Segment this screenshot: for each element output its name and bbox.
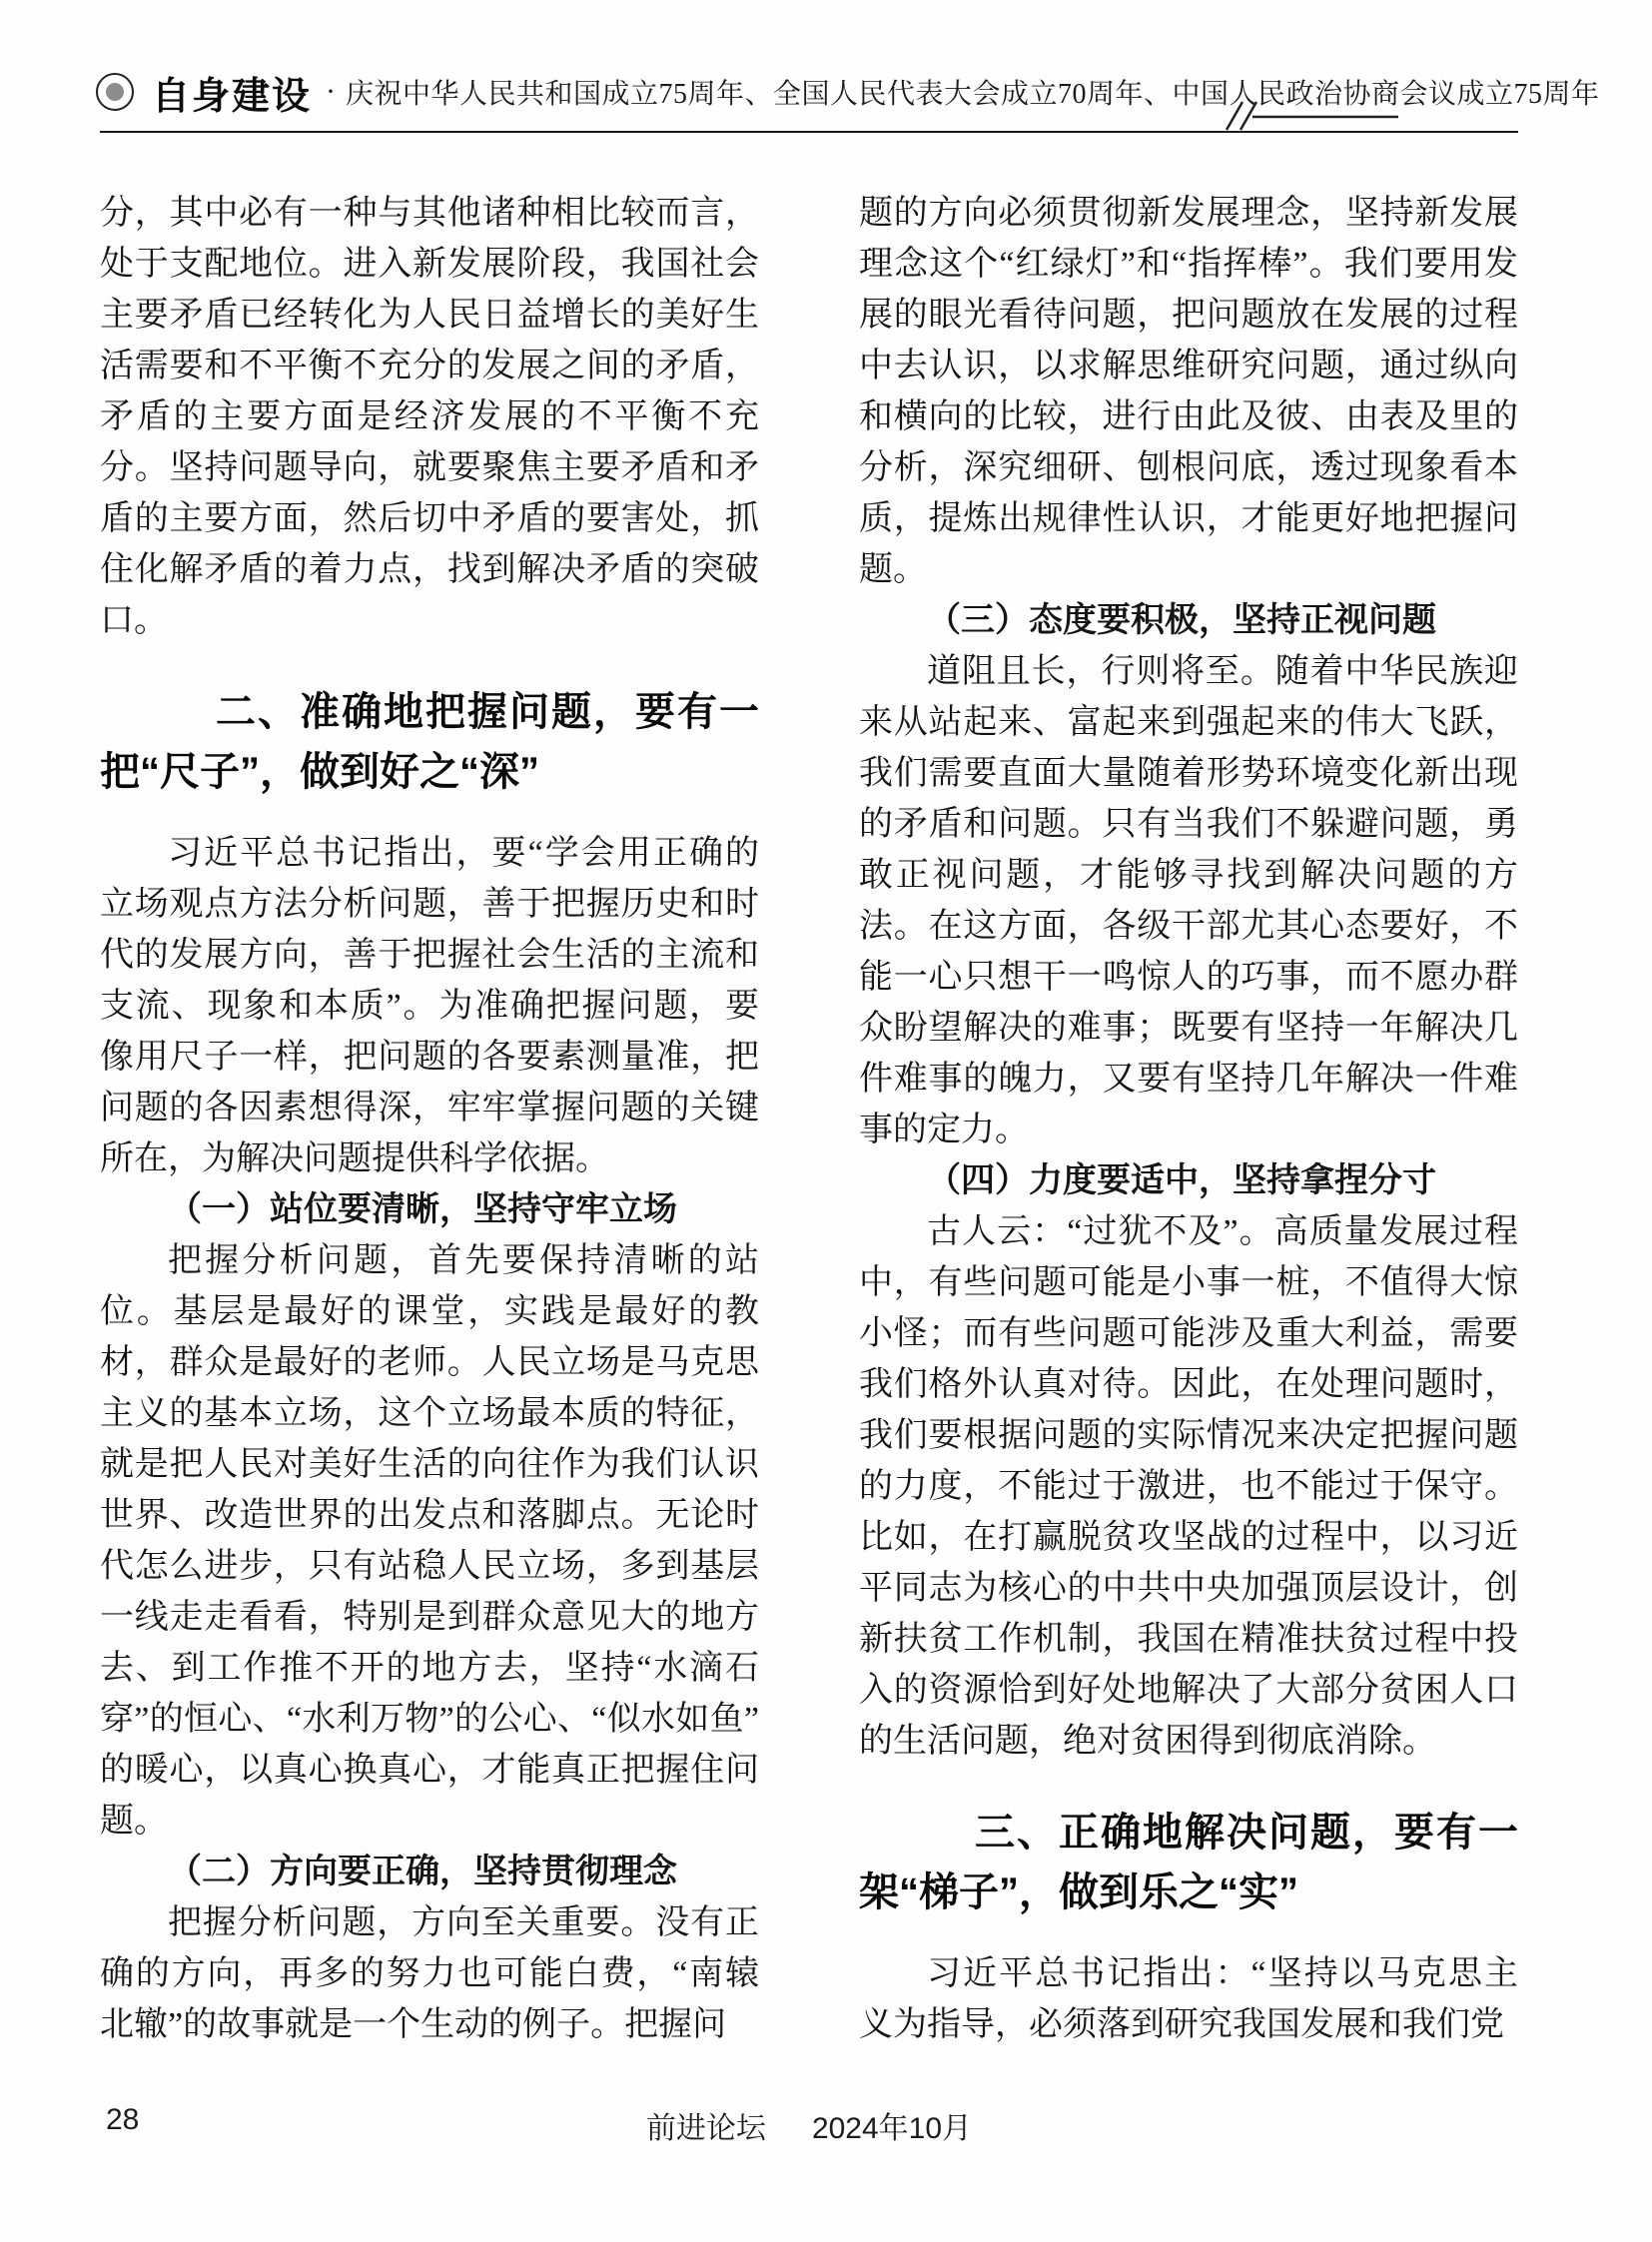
journal-name: 前进论坛: [646, 2103, 766, 2147]
issue-date: 2024年10月: [812, 2103, 972, 2147]
left-column: 分，其中必有一种与其他诸种相比较而言，处于支配地位。进入新发展阶段，我国社会主要…: [100, 188, 759, 2050]
right-column: 题的方向必须贯彻新发展理念，坚持新发展理念这个“红绿灯”和“指挥棒”。我们要用发…: [859, 188, 1518, 2050]
paragraph: 道阻且长，行则将至。随着中华民族迎来从站起来、富起来到强起来的伟大飞跃，我们需要…: [859, 646, 1518, 1155]
section-heading-2: 二、准确地把握问题，要有一把“尺子”，做到好之“深”: [100, 682, 759, 802]
article-body: 分，其中必有一种与其他诸种相比较而言，处于支配地位。进入新发展阶段，我国社会主要…: [100, 188, 1518, 2050]
section-bullet-icon: [96, 73, 134, 111]
page-footer: 28 前进论坛 2024年10月: [100, 2101, 1518, 2145]
subsection-heading-2: （二）方向要正确，坚持贯彻理念: [100, 1847, 759, 1897]
footer-journal-line: 前进论坛 2024年10月: [100, 2103, 1518, 2147]
header-decoration-slashes: [1221, 100, 1400, 132]
paragraph: 习近平总书记指出，要“学会用正确的立场观点方法分析问题，善于把握历史和时代的发展…: [100, 828, 759, 1184]
header-rule: [100, 131, 1518, 133]
paragraph: 把握分析问题，首先要保持清晰的站位。基层是最好的课堂，实践是最好的教材，群众是最…: [100, 1235, 759, 1847]
section-title: 自身建设: [152, 65, 312, 120]
paragraph: 古人云：“过犹不及”。高质量发展过程中，有些问题可能是小事一桩，不值得大惊小怪；…: [859, 1206, 1518, 1767]
paragraph-continuation: 题的方向必须贯彻新发展理念，坚持新发展理念这个“红绿灯”和“指挥棒”。我们要用发…: [859, 188, 1518, 595]
subsection-heading-1: （一）站位要清晰，坚持守牢立场: [100, 1184, 759, 1235]
subsection-heading-3: （三）态度要积极，坚持正视问题: [859, 595, 1518, 646]
paragraph: 把握分析问题，方向至关重要。没有正确的方向，再多的努力也可能白费，“南辕北辙”的…: [100, 1897, 759, 2050]
subsection-heading-4: （四）力度要适中，坚持拿捏分寸: [859, 1155, 1518, 1206]
separator-dot: ·: [326, 75, 336, 109]
section-heading-3: 三、正确地解决问题，要有一架“梯子”，做到乐之“实”: [859, 1803, 1518, 1922]
magazine-page: 自身建设 · 庆祝中华人民共和国成立75周年、全国人民代表大会成立70周年、中国…: [0, 0, 1652, 2242]
paragraph-continuation: 分，其中必有一种与其他诸种相比较而言，处于支配地位。进入新发展阶段，我国社会主要…: [100, 188, 759, 646]
anniversary-banner: 庆祝中华人民共和国成立75周年、全国人民代表大会成立70周年、中国人民政治协商会…: [346, 72, 1600, 112]
paragraph: 习近平总书记指出：“坚持以马克思主义为指导，必须落到研究我国发展和我们党: [859, 1948, 1518, 2050]
